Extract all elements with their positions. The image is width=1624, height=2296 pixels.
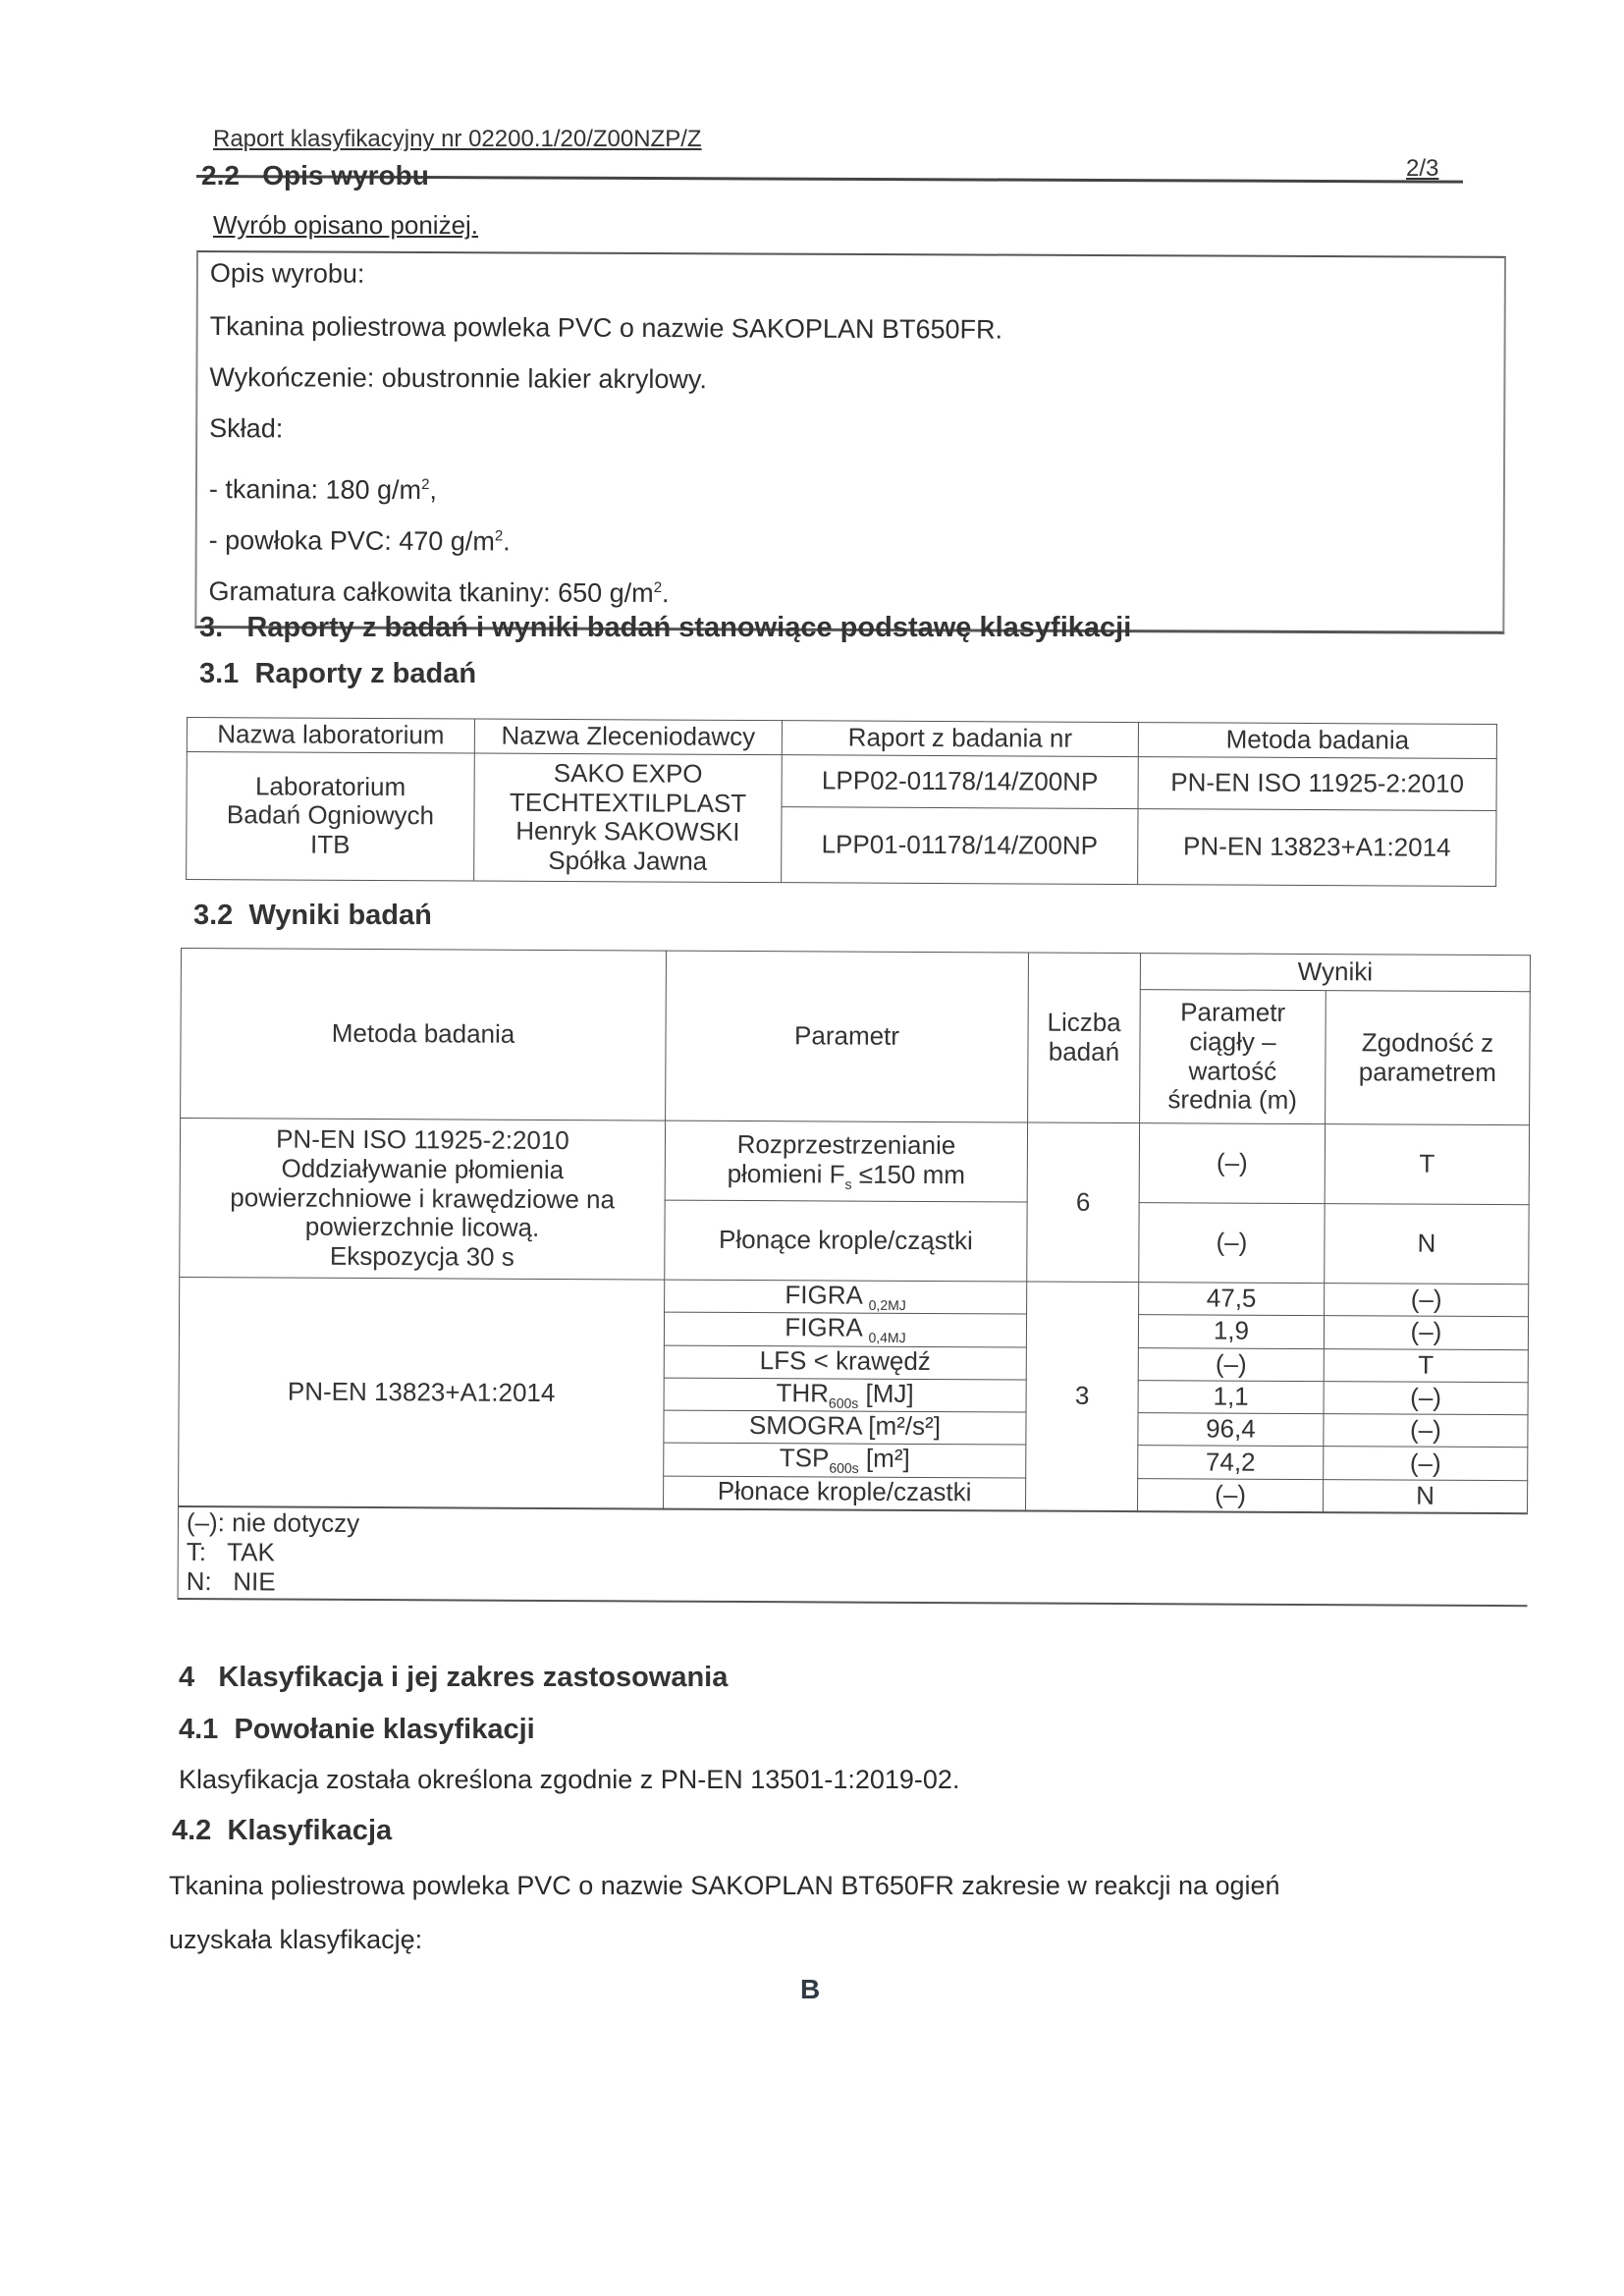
- continuous-value: 1,9: [1138, 1315, 1324, 1348]
- continuous-value: 1,1: [1138, 1380, 1324, 1413]
- section-4-2-heading: 4.2 Klasyfikacja: [172, 1815, 392, 1847]
- section-4-heading: 4 Klasyfikacja i jej zakres zastosowania: [179, 1662, 728, 1694]
- section-4-1-heading: 4.1 Powołanie klasyfikacji: [179, 1714, 535, 1746]
- header-test-count: Liczba badań: [1028, 953, 1141, 1123]
- parameter-cell: THR600s [MJ]: [664, 1378, 1026, 1412]
- parameter-cell: FIGRA 0,4MJ: [664, 1312, 1026, 1346]
- laboratory-name: Laboratorium Badań Ogniowych ITB: [187, 751, 475, 881]
- parameter-cell: FIGRA 0,2MJ: [665, 1280, 1027, 1314]
- compliance-value: N: [1325, 1204, 1529, 1285]
- section-2-2-intro: Wyrób opisano poniżej.: [213, 210, 478, 241]
- legend-no: N: NIE: [187, 1567, 1524, 1604]
- section-title: Opis wyrobu: [262, 160, 429, 191]
- description-label: Opis wyrobu:: [210, 258, 365, 290]
- page-number: 2/3: [1406, 155, 1438, 183]
- table-legend: (–): nie dotyczy T: TAK N: NIE: [178, 1506, 1527, 1606]
- section-4-2-text-line1: Tkanina poliestrowa powleka PVC o nazwie…: [169, 1871, 1280, 1901]
- table-row: PN-EN 13823+A1:2014 FIGRA 0,2MJ 3 47,5 (…: [180, 1277, 1529, 1316]
- header-laboratory: Nazwa laboratorium: [187, 718, 474, 753]
- parameter-flame-spread: Rozprzestrzenianie płomieni Fs ≤150 mm: [665, 1121, 1027, 1202]
- test-reports-table: Nazwa laboratorium Nazwa Zleceniodawcy R…: [186, 717, 1497, 887]
- test-count: 3: [1026, 1282, 1139, 1511]
- table-header-row: Metoda badania Parametr Liczba badań Wyn…: [181, 949, 1530, 992]
- compliance-value: (–): [1325, 1284, 1529, 1317]
- section-3-2-heading: 3.2 Wyniki badań: [193, 900, 432, 932]
- continuous-value: 74,2: [1138, 1446, 1324, 1479]
- header-results: Wyniki: [1140, 954, 1530, 992]
- compliance-value: N: [1324, 1479, 1528, 1513]
- continuous-value: (–): [1139, 1123, 1325, 1204]
- compliance-value: T: [1325, 1124, 1529, 1205]
- report-number: LPP01-01178/14/Z00NP: [782, 807, 1138, 885]
- header-compliance: Zgodność z parametrem: [1326, 991, 1531, 1125]
- compliance-value: (–): [1324, 1316, 1528, 1349]
- test-count: 6: [1027, 1122, 1140, 1283]
- continuous-value: 96,4: [1138, 1413, 1324, 1447]
- header-client: Nazwa Zleceniodawcy: [474, 719, 782, 755]
- parameter-cell: LFS < krawędź: [664, 1345, 1026, 1380]
- section-3-heading: 3. Raporty z badań i wyniki badań stanow…: [199, 612, 1131, 644]
- continuous-value: (–): [1139, 1203, 1325, 1284]
- table-row: Laboratorium Badań Ogniowych ITB SAKO EX…: [187, 751, 1496, 810]
- report-header-title: Raport klasyfikacyjny nr 02200.1/20/Z00N…: [213, 126, 702, 153]
- test-results-table: Metoda badania Parametr Liczba badań Wyn…: [178, 948, 1531, 1607]
- section-2-2-heading: 2.2 Opis wyrobu: [201, 160, 429, 191]
- compliance-value: (–): [1324, 1381, 1528, 1414]
- method-iso-11925: PN-EN ISO 11925-2:2010 Oddziaływanie pło…: [180, 1119, 666, 1281]
- section-3-1-heading: 3.1 Raporty z badań: [199, 658, 476, 690]
- report-number: LPP02-01178/14/Z00NP: [782, 755, 1138, 809]
- finish-line: Wykończenie: obustronnie lakier akrylowy…: [209, 362, 707, 395]
- parameter-burning-droplets: Płonące krople/cząstki: [665, 1200, 1027, 1282]
- parameter-cell: SMOGRA [m²/s²]: [664, 1410, 1026, 1445]
- continuous-value: (–): [1138, 1478, 1324, 1512]
- product-description-box: Opis wyrobu: Tkanina poliestrowa powleka…: [194, 250, 1506, 634]
- product-name-line: Tkanina poliestrowa powleka PVC o nazwie…: [210, 311, 1003, 346]
- header-method: Metoda badania: [181, 949, 667, 1121]
- compliance-value: (–): [1324, 1414, 1528, 1448]
- section-4-1-text: Klasyfikacja została określona zgodnie z…: [179, 1765, 959, 1795]
- total-weight-line: Gramatura całkowita tkaniny: 650 g/m2.: [208, 576, 669, 609]
- header-parameter: Parametr: [666, 951, 1029, 1122]
- header-continuous-value: Parametr ciągły – wartość średnia (m): [1140, 990, 1326, 1124]
- fabric-weight-line: - tkanina: 180 g/m2,: [209, 474, 437, 506]
- section-4-2-text-line2: uzyskała klasyfikację:: [169, 1925, 422, 1955]
- classification-result: B: [800, 1974, 820, 2005]
- test-method: PN-EN ISO 11925-2:2010: [1138, 756, 1496, 810]
- method-en-13823: PN-EN 13823+A1:2014: [179, 1277, 665, 1508]
- compliance-value: (–): [1324, 1447, 1528, 1480]
- test-method: PN-EN 13823+A1:2014: [1138, 808, 1496, 886]
- composition-label: Skład:: [209, 413, 283, 444]
- parameter-cell: Płonace krople/czastki: [664, 1476, 1026, 1511]
- header-method: Metoda badania: [1138, 723, 1496, 759]
- client-name: SAKO EXPO TECHTEXTILPLAST Henryk SAKOWSK…: [474, 753, 783, 883]
- coating-weight-line: - powłoka PVC: 470 g/m2.: [209, 525, 511, 557]
- legend-row: (–): nie dotyczy T: TAK N: NIE: [178, 1506, 1527, 1606]
- section-number: 2.2: [201, 160, 240, 191]
- parameter-cell: TSP600s [m²]: [664, 1443, 1026, 1477]
- compliance-value: T: [1324, 1348, 1528, 1382]
- table-row: PN-EN ISO 11925-2:2010 Oddziaływanie pło…: [180, 1119, 1529, 1205]
- continuous-value: (–): [1138, 1347, 1324, 1381]
- continuous-value: 47,5: [1139, 1283, 1325, 1316]
- header-report-number: Raport z badania nr: [782, 721, 1138, 757]
